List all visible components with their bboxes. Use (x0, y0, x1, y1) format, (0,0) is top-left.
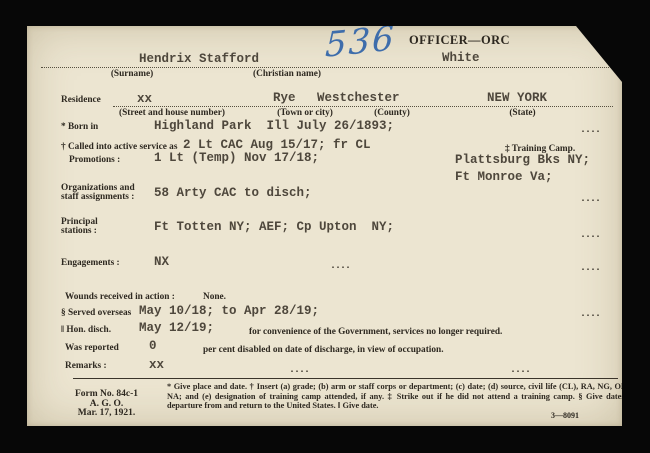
residence-county-value: Westchester (317, 92, 400, 105)
served-overseas-label: § Served overseas (61, 309, 131, 319)
disability-value: 0 (149, 340, 157, 353)
principal-stations-margin-dots: .... (580, 230, 600, 241)
remarks-margin-dots: .... (510, 365, 530, 376)
street-label: (Street and house number) (97, 109, 247, 119)
remarks-value: xx (149, 359, 164, 372)
race-value: White (442, 52, 480, 65)
remarks-label: Remarks : (65, 362, 107, 372)
classification-label: OFFICER—ORC (409, 36, 510, 46)
surname-label: (Surname) (82, 70, 182, 80)
organizations-value: 58 Arty CAC to disch; (154, 187, 312, 200)
served-overseas-value: May 10/18; to Apr 28/19; (139, 305, 319, 318)
disability-note: per cent disabled on date of discharge, … (203, 345, 444, 355)
wounds-value: None. (203, 293, 226, 303)
training-camp-value-1: Plattsburg Bks NY; (455, 154, 590, 167)
born-in-label: * Born in (61, 123, 98, 133)
remarks-mid-dots: .... (289, 365, 309, 376)
residence-street-value: xx (137, 93, 152, 106)
organizations-margin-dots: .... (580, 194, 600, 205)
residence-rule (113, 106, 613, 107)
engagements-margin-dots: .... (580, 263, 600, 274)
wounds-label: Wounds received in action : (65, 293, 175, 303)
residence-label: Residence (61, 96, 101, 106)
handwritten-serial-number: 536 (324, 18, 396, 66)
served-overseas-margin-dots: .... (580, 309, 600, 320)
principal-stations-value: Ft Totten NY; AEF; Cp Upton NY; (154, 221, 394, 234)
hon-disch-label: ‖ Hon. disch. (61, 326, 111, 336)
engagements-mid-dots: .... (330, 261, 350, 272)
residence-state-value: NEW YORK (487, 92, 547, 105)
principal-stations-label-line2: stations : (61, 227, 97, 237)
print-code: 3—8091 (551, 411, 579, 420)
form-identifier-block: Form No. 84c-1 A. G. O. Mar. 17, 1921. (49, 390, 164, 419)
town-label: (Town or city) (260, 109, 350, 119)
born-in-value: Highland Park Ill July 26/1893; (154, 120, 394, 133)
organizations-label-line2: staff assignments : (61, 193, 134, 203)
disability-label: Was reported (65, 344, 119, 354)
promotions-value: 1 Lt (Temp) Nov 17/18; (154, 152, 319, 165)
form-date: Mar. 17, 1921. (49, 409, 164, 419)
footer-divider (73, 378, 618, 379)
training-camp-value-2: Ft Monroe Va; (455, 171, 553, 184)
christian-name-label: (Christian name) (227, 70, 347, 80)
engagements-value: NX (154, 256, 169, 269)
promotions-label: Promotions : (69, 156, 120, 166)
record-card: 536 OFFICER—ORC White Hendrix Stafford (… (27, 26, 622, 426)
hon-disch-value: May 12/19; (139, 322, 214, 335)
born-margin-dots: .... (580, 125, 600, 136)
name-value: Hendrix Stafford (139, 53, 259, 66)
state-label: (State) (485, 109, 560, 119)
county-label: (County) (352, 109, 432, 119)
name-rule (41, 67, 613, 68)
hon-disch-note: for convenience of the Government, servi… (249, 327, 502, 337)
residence-town-value: Rye (273, 92, 296, 105)
engagements-label: Engagements : (61, 259, 120, 269)
footer-instructions: * Give place and date. † Insert (a) grad… (167, 382, 635, 411)
